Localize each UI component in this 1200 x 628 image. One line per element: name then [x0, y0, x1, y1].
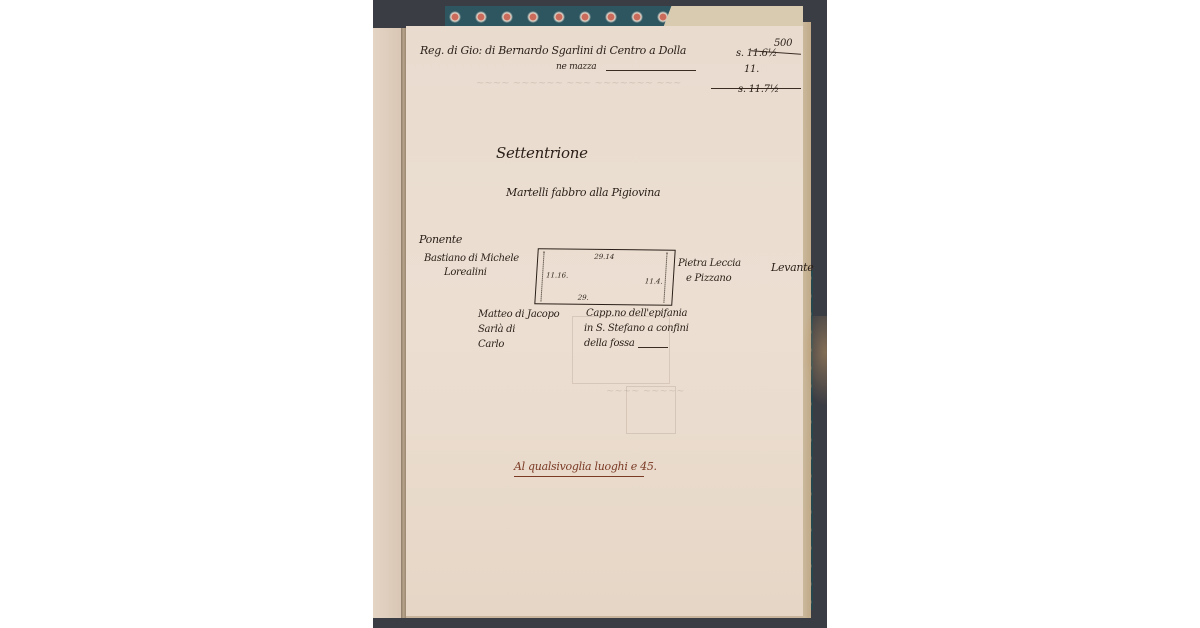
header-entry: Reg. di Gio: di Bernardo Sgarlini di Cen… — [420, 44, 686, 57]
cover-decoration — [445, 6, 675, 28]
measurement-left: 11.16. — [546, 271, 569, 279]
manuscript-scan: ~~~~ ~~~~~~ ~~~ ~~~~~~~ ~~~ ~~~~ ~~~~~ 5… — [373, 0, 827, 628]
bleed-through-text: ~~~~ ~~~~~~ ~~~ ~~~~~~~ ~~~ — [476, 78, 681, 89]
south-neighbor-right: in S. Stefano a confini — [584, 323, 689, 334]
cover-flap — [663, 6, 803, 28]
south-neighbor-right: Capp.no dell'epifania — [586, 308, 687, 319]
footer-note: Al qualsivoglia luoghi e 45. — [514, 460, 657, 473]
south-rule — [638, 347, 668, 348]
header-entry-continuation: ne mazza — [556, 62, 596, 72]
south-neighbor-right: della fossa — [584, 338, 635, 349]
header-value: s. 11.6½ — [736, 48, 777, 59]
measurement-bottom: 29. — [577, 294, 589, 302]
east-neighbor: Pietra Leccia — [678, 258, 741, 269]
measurement-right: 11.4. — [645, 277, 663, 285]
plot-boundary-dotted — [540, 251, 544, 301]
west-neighbor: Bastiano di Michele — [424, 253, 519, 264]
north-neighbor: Martelli fabbro alla Pigiovina — [506, 186, 660, 199]
measurement-top: 29.14 — [594, 253, 615, 261]
east-label: Levante — [771, 261, 814, 274]
north-label: Settentrione — [496, 144, 588, 162]
header-rule — [606, 70, 696, 71]
header-value: s. 11.7½ — [738, 84, 779, 95]
bleed-through-text: ~~~~ ~~~~~ — [606, 386, 685, 397]
south-neighbor-left: Carlo — [478, 339, 504, 350]
water-stain — [801, 316, 827, 406]
header-value: 11. — [744, 64, 759, 75]
manuscript-page: ~~~~ ~~~~~~ ~~~ ~~~~~~~ ~~~ ~~~~ ~~~~~ 5… — [406, 26, 803, 618]
land-plot-diagram: 29.14 29. 11.16. 11.4. — [534, 248, 675, 305]
left-page-edge — [373, 28, 403, 618]
south-neighbor-left: Matteo di Jacopo — [478, 309, 559, 320]
west-label: Ponente — [419, 233, 462, 246]
footer-underline — [514, 476, 644, 477]
west-neighbor: Lorealini — [444, 267, 487, 278]
east-neighbor: e Pizzano — [686, 273, 731, 284]
south-neighbor-left: Sarlà di — [478, 324, 515, 335]
plot-boundary-dotted — [663, 253, 667, 303]
